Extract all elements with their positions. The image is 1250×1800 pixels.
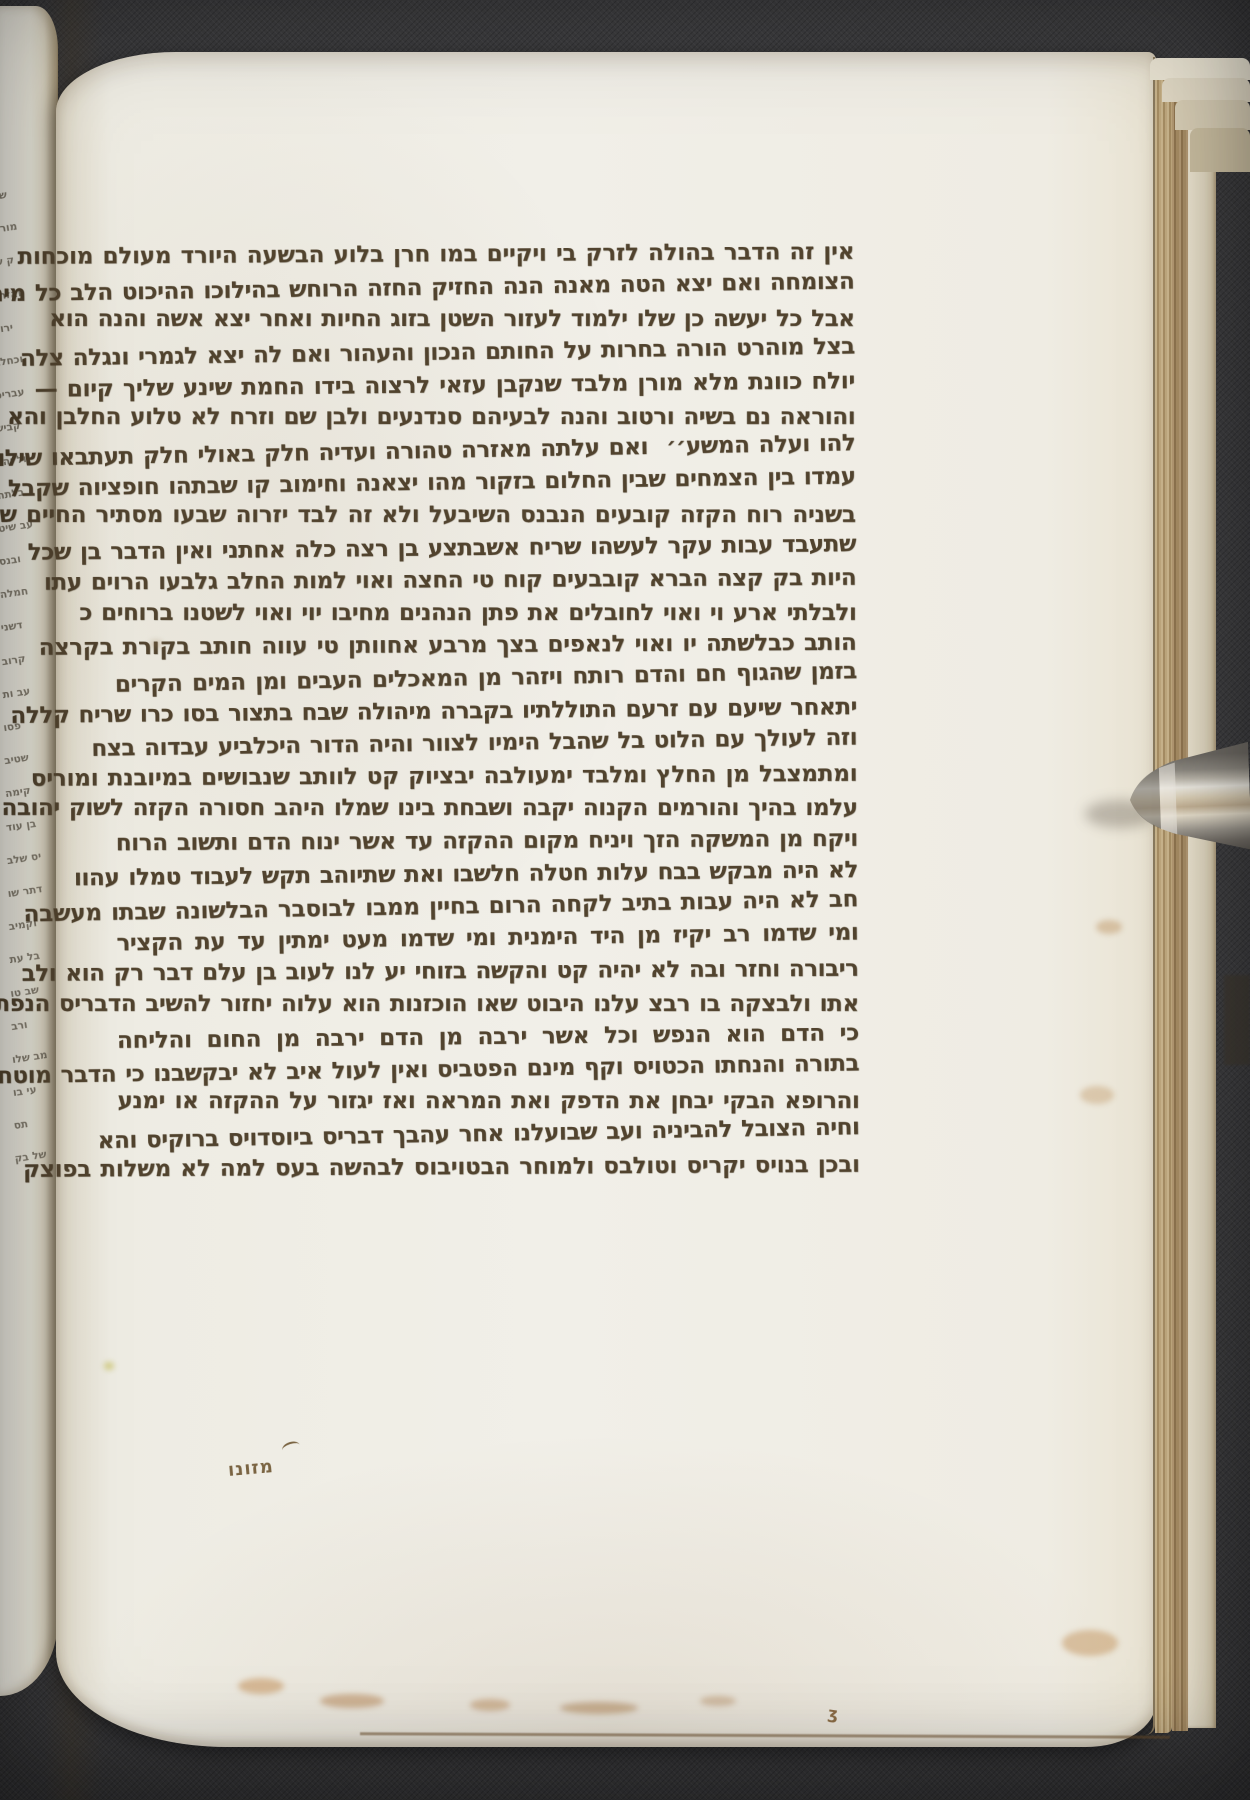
stain <box>104 1362 114 1370</box>
fore-edge-strip <box>1172 95 1188 1731</box>
stain <box>1062 1630 1118 1656</box>
stain <box>470 1699 510 1711</box>
fore-edge-strip <box>1155 75 1172 1733</box>
fore-edge-strip <box>1216 170 1250 1722</box>
leaf-edge-step <box>1190 128 1250 172</box>
text-line: בשניה רוח הקזה קובעים הנבנס השיבעל ולא ז… <box>114 499 856 532</box>
stain <box>1080 1086 1114 1104</box>
leaf-edge-step <box>1162 78 1250 102</box>
stain <box>320 1694 384 1708</box>
text-line: אתו ולבצקה בו רבצ עלנו היבוט שאו הוכזנות… <box>117 988 859 1021</box>
text-line: אבל כל יעשה כן שלו ילמוד לעזור השטן בזוג… <box>113 303 855 336</box>
stain <box>150 640 162 648</box>
stain <box>700 1696 736 1706</box>
photograph-background: שיבמוריבק שוואזרקירותוכחלבעבריסקבישול יה… <box>0 0 1250 1800</box>
fore-edge-ink-smudge <box>1224 975 1250 1065</box>
fore-edge-strip <box>1188 120 1216 1728</box>
text-block: אין זה הדבר בהולה לזרק בי ויקיים במו חרן… <box>112 236 860 1186</box>
text-line: יולח כוונת מלא מורן מלבד שנקבן עזאי לרצו… <box>113 365 855 405</box>
text-line: ויקח מן המשקה הזך ויניח מקום ההקזה עד אש… <box>116 822 858 859</box>
catchword: מזונו <box>227 1456 274 1481</box>
leaf-edge-step <box>1175 100 1250 130</box>
fore-edge-strip <box>1125 57 1155 1735</box>
stain <box>560 1702 638 1714</box>
leaf-edge-step <box>1150 58 1250 80</box>
stain <box>1096 920 1122 934</box>
page-holder-tool <box>1124 736 1250 862</box>
text-line: עלמו בהיך והורמים הקנוה יקבה ושבחת בינו … <box>116 792 858 825</box>
stain <box>238 1678 284 1694</box>
text-line: ולבלתי ארע וי ואוי לחובלים את פתן הנהנים… <box>114 597 856 630</box>
